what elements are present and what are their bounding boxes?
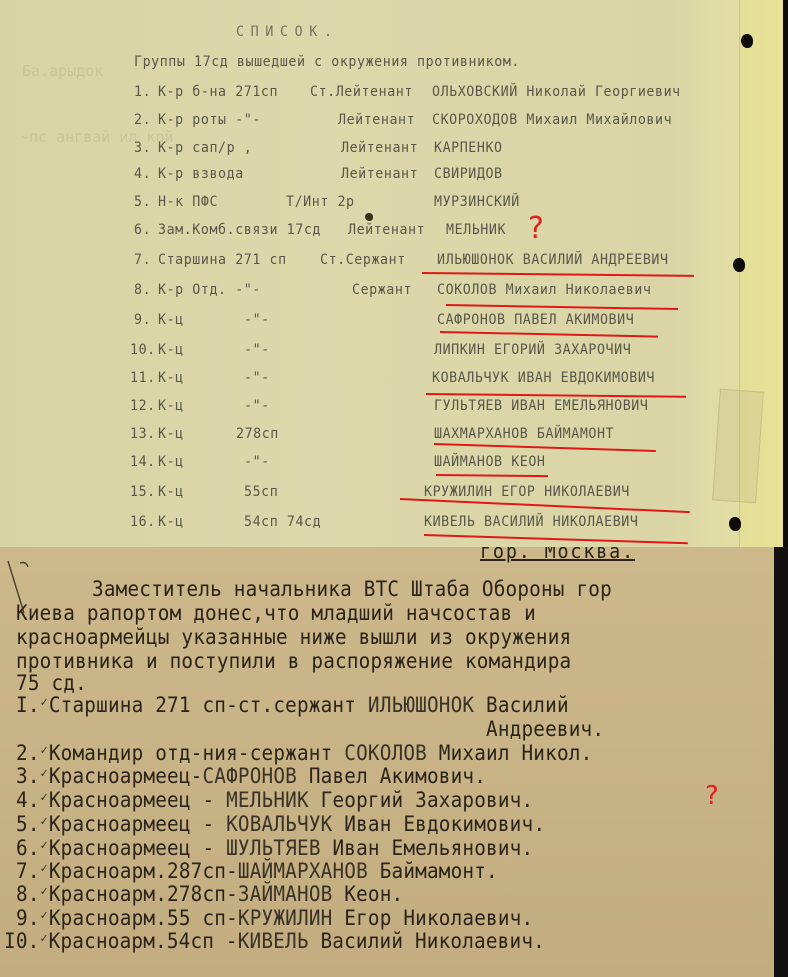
list-row-name: СОКОЛОВ Михаил Николаевич — [437, 282, 651, 298]
list-row-name: СВИРИДОВ — [434, 166, 503, 182]
red-underline — [440, 331, 658, 338]
red-underline — [446, 304, 678, 310]
list-row-position: К-ц — [158, 426, 184, 442]
list-row-position: К-ц — [158, 342, 184, 358]
list-row-position: К-р взвода — [158, 166, 244, 182]
item-surname: ШУЛЬТЯЕВ — [226, 836, 321, 860]
list-item: 9.✓Красноарм.55 сп-КРУЖИЛИН Егор Николае… — [16, 908, 533, 929]
tape-patch — [712, 389, 764, 504]
item-given-name: Иван Емельянович. — [332, 836, 533, 860]
list-row-position: К-ц — [158, 484, 184, 500]
item-given-name: Кеон. — [344, 882, 403, 906]
list-row-rank: Т/Инт 2р — [286, 194, 355, 210]
item-given-name: Баймамонт. — [380, 859, 498, 883]
item-number: 9. — [16, 906, 40, 930]
list-row-num: 4. — [134, 166, 151, 182]
check-mark-icon: ✓ — [41, 838, 48, 853]
item-surname: КИВЕЛЬ — [238, 929, 309, 953]
list-row-num: 3. — [134, 140, 151, 156]
red-underline — [424, 534, 688, 544]
check-mark-icon: ✓ — [41, 908, 48, 923]
list-row-name: ИЛЬЮШОНОК ВАСИЛИЙ АНДРЕЕВИЧ — [437, 252, 669, 268]
item-surname: КРУЖИЛИН — [238, 906, 333, 930]
list-row-name: КАРПЕНКО — [434, 140, 503, 156]
item-text: Красноарм.278сп- — [49, 882, 238, 906]
list-row-name: КИВЕЛЬ ВАСИЛИЙ НИКОЛАЕВИЧ — [424, 514, 638, 530]
list-row-num: 6. — [134, 222, 151, 238]
list-row-num: 13. — [130, 426, 156, 442]
list-item: I.✓Старшина 271 сп-ст.сержант ИЛЬЮШОНОК … — [16, 695, 569, 716]
list-row-position: Н-к ПФС — [158, 194, 218, 210]
list-row-unit: -"- — [244, 370, 270, 386]
punch-hole-icon — [741, 34, 753, 48]
bleed-through-text: Ба.арыдок — [22, 62, 103, 80]
list-item: 2.✓Командир отд-ния-сержант СОКОЛОВ Миха… — [16, 743, 592, 764]
list-row-name: ГУЛЬТЯЕВ ИВАН ЕМЕЛЬЯНОВИЧ — [434, 398, 648, 414]
item-surname: ШАЙМАРХАНОВ — [238, 859, 368, 883]
item-text: Красноарм.54сп - — [49, 929, 238, 953]
red-underline — [422, 272, 694, 277]
item-text: Красноарм.287сп- — [49, 859, 238, 883]
item-surname: СОКОЛОВ — [344, 741, 427, 765]
item-continuation: Андреевич. — [486, 719, 604, 740]
list-row-rank: Ст.Лейтенант — [310, 84, 413, 100]
red-underline — [426, 393, 686, 398]
paragraph-line: 75 сд. — [16, 673, 87, 694]
list-row-num: 8. — [134, 282, 151, 298]
check-mark-icon: ✓ — [41, 766, 48, 781]
list-row-num: 10. — [130, 342, 156, 358]
list-row-unit: -"- — [244, 454, 270, 470]
list-row-name: ШАЙМАНОВ КЕОН — [434, 454, 546, 470]
list-row-position: К-ц — [158, 398, 184, 414]
item-text: Командир отд-ния-сержант — [49, 741, 333, 765]
item-text: Красноарм.55 сп- — [49, 906, 238, 930]
item-given-name: Георгий Захарович. — [321, 788, 534, 812]
list-row-num: 5. — [134, 194, 151, 210]
list-row-num: 2. — [134, 112, 151, 128]
list-row-position: К-ц — [158, 312, 184, 328]
list-row-position: К-р роты -"- — [158, 112, 261, 128]
scan-edge — [774, 547, 788, 977]
item-text: Красноармеец- — [49, 764, 203, 788]
list-row-unit: -"- — [244, 342, 270, 358]
top-document-scan: Ба.арыдок ~пс ангвай ил кой СПИСОК. Груп… — [0, 0, 788, 547]
document-subtitle: Группы 17сд вышедшей с окружения противн… — [134, 54, 520, 70]
item-number: 2. — [16, 741, 40, 765]
list-row-position: Старшина 271 сп — [158, 252, 287, 268]
paragraph-line: Заместитель начальника ВТС Штаба Обороны… — [92, 579, 612, 600]
ink-spot — [365, 213, 373, 221]
list-row-num: 16. — [130, 514, 156, 530]
question-mark-annotation: ? — [705, 783, 719, 809]
list-row-rank: Лейтенант — [348, 222, 425, 238]
list-row-unit: -"- — [244, 398, 270, 414]
list-row-name: МЕЛЬНИК — [446, 222, 506, 238]
list-item: I0.✓Красноарм.54сп -КИВЕЛЬ Василий Никол… — [4, 931, 545, 952]
item-number: I0. — [4, 929, 39, 953]
paragraph-line: красноармейцы указанные ниже вышли из ок… — [16, 627, 571, 648]
red-underline — [436, 474, 548, 477]
paragraph-line: противника и поступили в распоряжение ко… — [16, 651, 571, 672]
bottom-document-scan: гор. Москва. Заместитель начальника ВТС … — [0, 547, 788, 977]
item-text: Красноармеец - — [49, 788, 214, 812]
item-surname: ЗАЙМАНОВ — [238, 882, 333, 906]
question-mark-annotation: ? — [528, 214, 544, 244]
item-surname: МЕЛЬНИК — [226, 788, 309, 812]
item-number: 7. — [16, 859, 40, 883]
list-row-position: К-р сап/р , — [158, 140, 252, 156]
list-item: 5.✓Красноармеец - КОВАЛЬЧУК Иван Евдоким… — [16, 814, 545, 835]
list-row-unit: 55сп — [244, 484, 278, 500]
list-row-position: Зам.Комб.связи 17сд — [158, 222, 321, 238]
list-item: 6.✓Красноармеец - ШУЛЬТЯЕВ Иван Емельяно… — [16, 838, 533, 859]
list-item: 4.✓Красноармеец - МЕЛЬНИК Георгий Захаро… — [16, 790, 533, 811]
item-given-name: Егор Николаевич. — [344, 906, 533, 930]
punch-hole-icon — [733, 258, 745, 272]
item-given-name: Иван Евдокимович. — [344, 812, 545, 836]
list-row-num: 11. — [130, 370, 156, 386]
list-row-name: ЛИПКИН ЕГОРИЙ ЗАХАРОЧИЧ — [434, 342, 631, 358]
item-surname: ИЛЬЮШОНОК — [368, 693, 474, 717]
list-row-unit: 278сп — [236, 426, 279, 442]
list-row-num: 15. — [130, 484, 156, 500]
list-item: 7.✓Красноарм.287сп-ШАЙМАРХАНОВ Баймамонт… — [16, 861, 498, 882]
check-mark-icon: ✓ — [41, 884, 48, 899]
item-number: 8. — [16, 882, 40, 906]
list-row-unit: -"- — [244, 312, 270, 328]
check-mark-icon: ✓ — [41, 743, 48, 758]
list-row-num: 7. — [134, 252, 151, 268]
list-row-rank: Лейтенант — [341, 166, 418, 182]
item-number: I. — [16, 693, 40, 717]
check-mark-icon: ✓ — [41, 695, 48, 710]
item-text: Старшина 271 сп-ст.сержант — [49, 693, 356, 717]
list-row-unit: 54сп 74сд — [244, 514, 321, 530]
list-row-position: К-р Отд. -"- — [158, 282, 261, 298]
list-row-position: К-р б-на 271сп — [158, 84, 278, 100]
red-underline — [400, 498, 690, 513]
item-given-name: Василий — [486, 693, 569, 717]
scan-edge — [783, 0, 788, 547]
item-given-name: Михаил Никол. — [439, 741, 593, 765]
list-row-name: СКОРОХОДОВ Михаил Михайлович — [432, 112, 672, 128]
item-number: 3. — [16, 764, 40, 788]
list-item: 3.✓Красноармеец-САФРОНОВ Павел Акимович. — [16, 766, 486, 787]
paragraph-line: Киева рапортом донес,что младший начсост… — [16, 603, 536, 624]
list-row-num: 1. — [134, 84, 151, 100]
list-row-rank: Сержант — [352, 282, 412, 298]
list-row-num: 9. — [134, 312, 151, 328]
item-given-name: Василий Николаевич. — [320, 929, 545, 953]
check-mark-icon: ✓ — [41, 790, 48, 805]
list-row-name: КОВАЛЬЧУК ИВАН ЕВДОКИМОВИЧ — [432, 370, 655, 386]
list-row-name: САФРОНОВ ПАВЕЛ АКИМОВИЧ — [437, 312, 634, 328]
item-number: 4. — [16, 788, 40, 812]
check-mark-icon: ✓ — [41, 861, 48, 876]
header-fragment: гор. Москва. — [480, 547, 635, 563]
list-row-rank: Лейтенант — [341, 140, 418, 156]
punch-hole-icon — [729, 517, 741, 531]
list-row-name: ШАХМАРХАНОВ БАЙМАМОНТ — [434, 426, 614, 442]
check-mark-icon: ✓ — [41, 814, 48, 829]
item-given-name: Павел Акимович. — [309, 764, 486, 788]
list-row-position: К-ц — [158, 514, 184, 530]
item-text: Красноармеец - — [49, 812, 214, 836]
list-item: 8.✓Красноарм.278сп-ЗАЙМАНОВ Кеон. — [16, 884, 403, 905]
item-number: 5. — [16, 812, 40, 836]
list-row-name: КРУЖИЛИН ЕГОР НИКОЛАЕВИЧ — [424, 484, 630, 500]
list-row-name: ОЛЬХОВСКИЙ Николай Георгиевич — [432, 84, 681, 100]
red-underline — [434, 443, 656, 452]
list-row-position: К-ц — [158, 370, 184, 386]
item-number: 6. — [16, 836, 40, 860]
list-row-num: 14. — [130, 454, 156, 470]
item-surname: КОВАЛЬЧУК — [226, 812, 332, 836]
list-row-position: К-ц — [158, 454, 184, 470]
list-row-rank: Лейтенант — [338, 112, 415, 128]
check-mark-icon: ✓ — [40, 931, 47, 946]
list-row-name: МУРЗИНСКИЙ — [434, 194, 520, 210]
item-surname: САФРОНОВ — [202, 764, 297, 788]
document-title: СПИСОК. — [236, 24, 339, 40]
list-row-num: 12. — [130, 398, 156, 414]
list-row-rank: Ст.Сержант — [320, 252, 406, 268]
item-text: Красноармеец - — [49, 836, 214, 860]
